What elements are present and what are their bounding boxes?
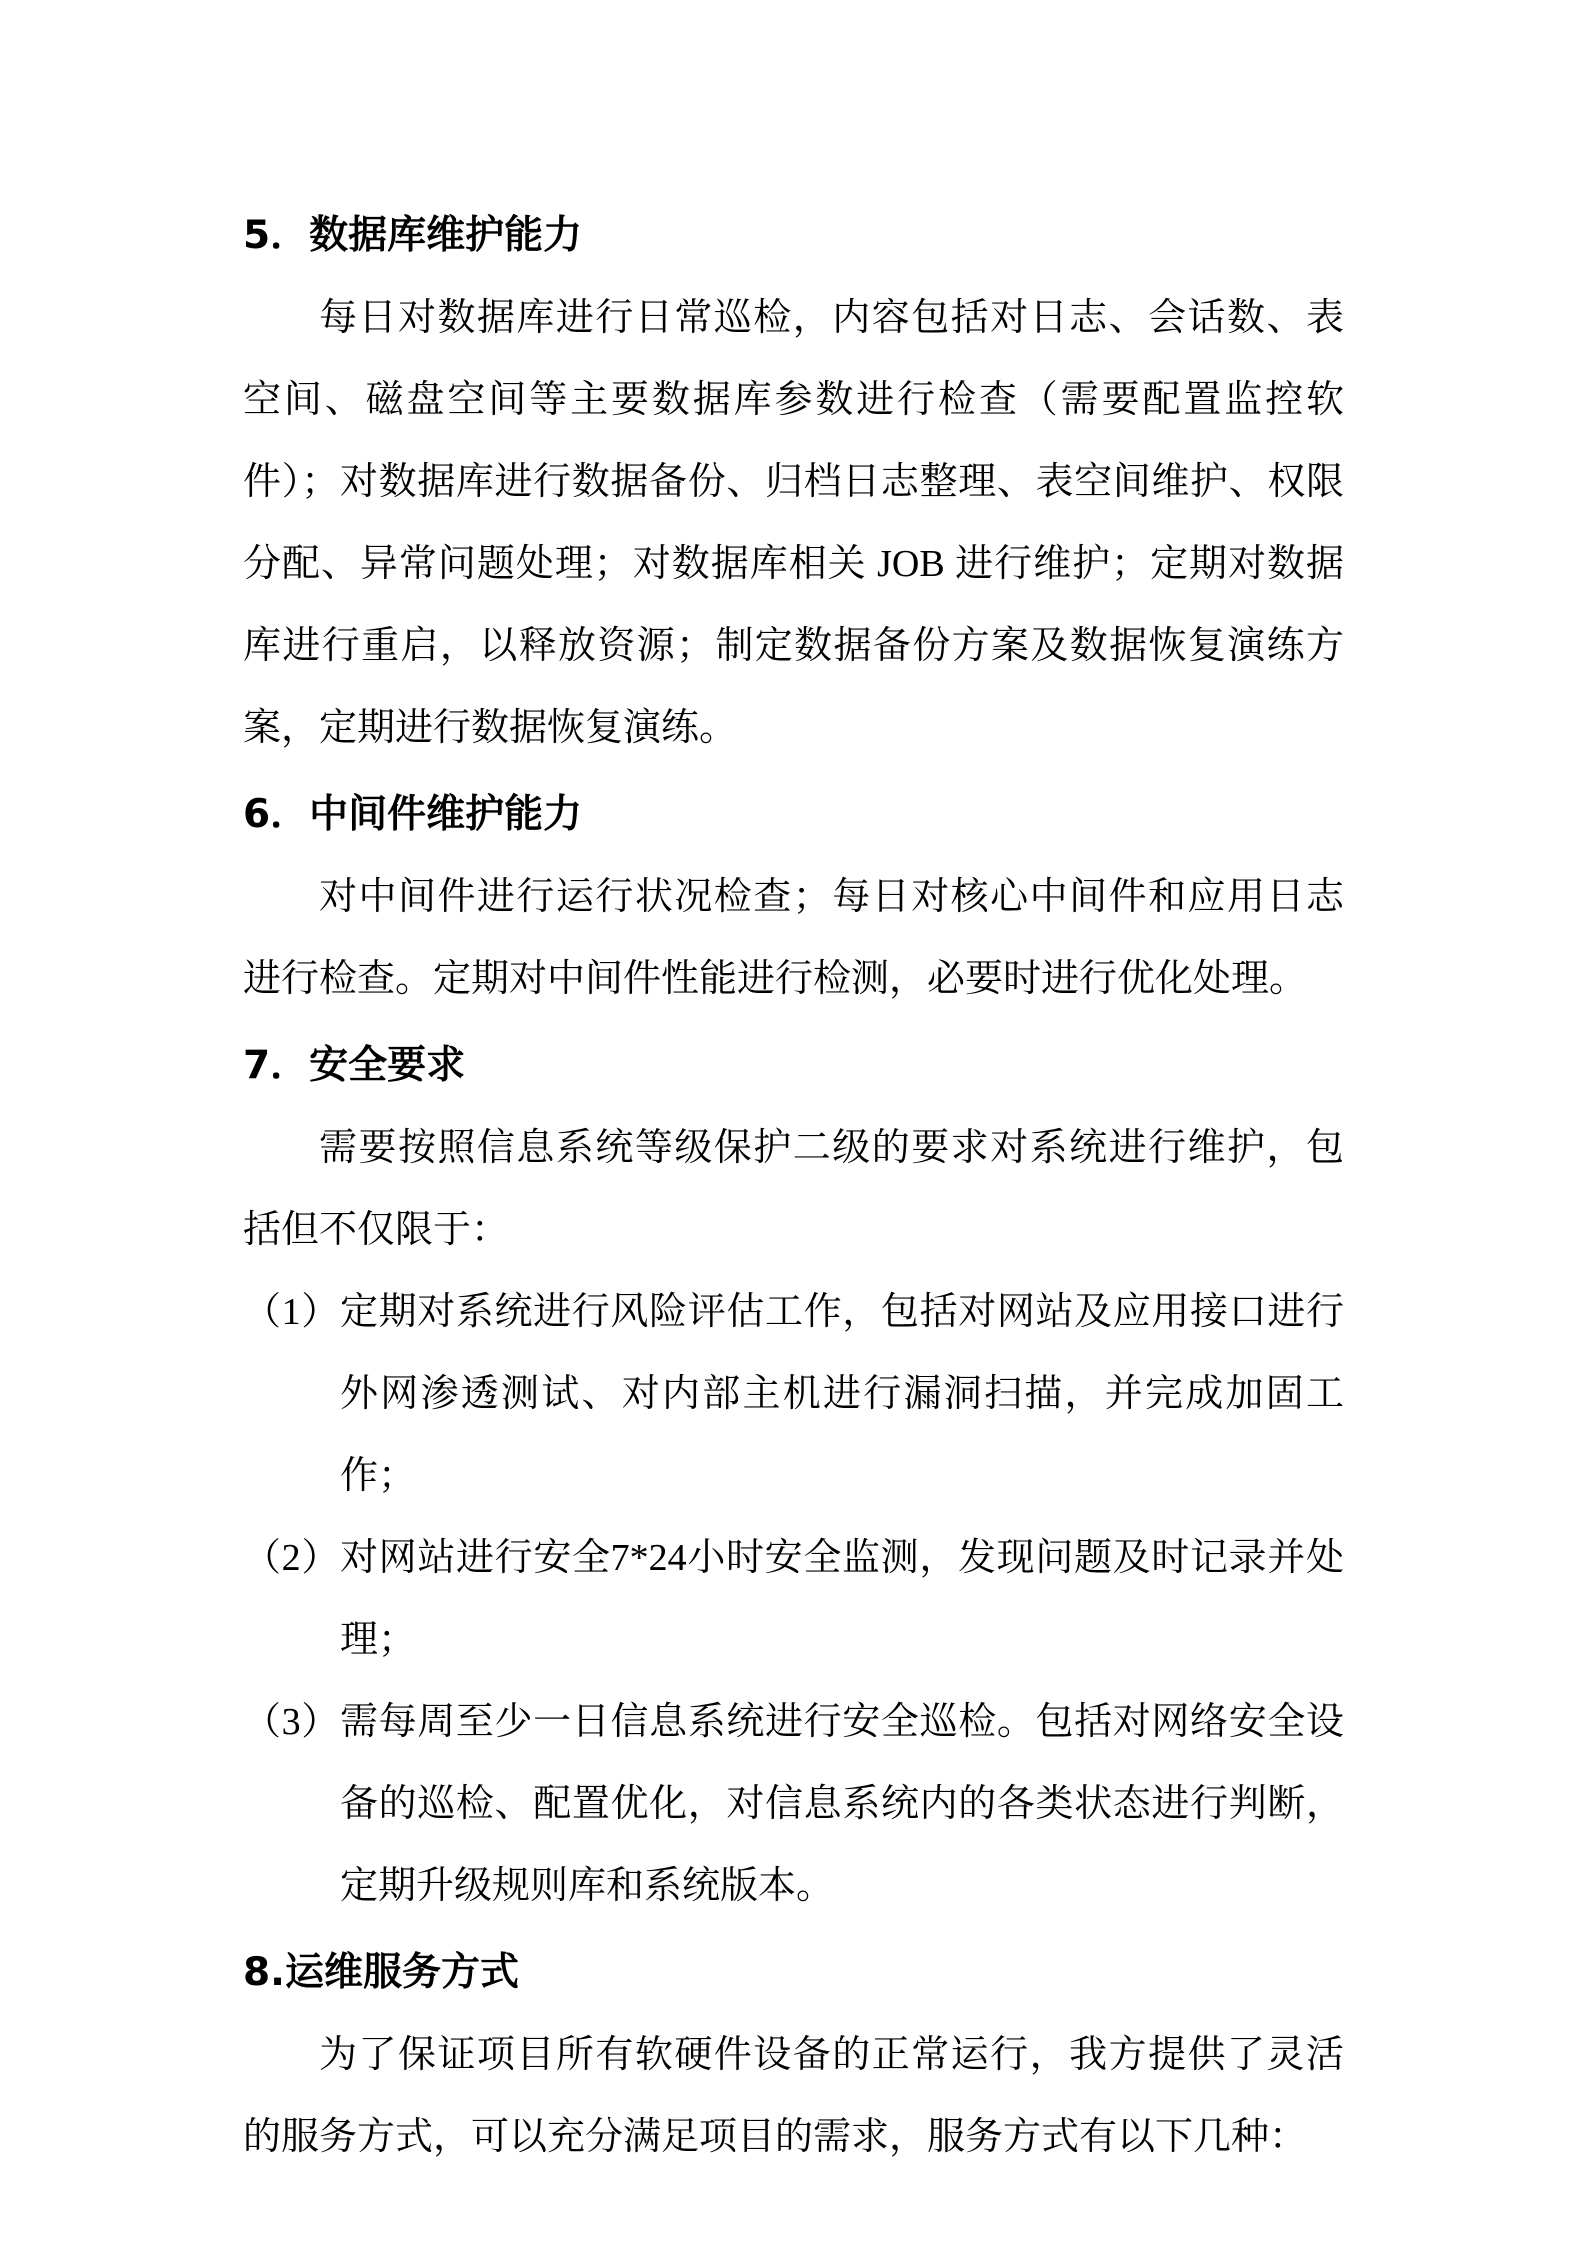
list-item-text: 对网站进行安全7*24小时安全监测，发现问题及时记录并处理； — [340, 1537, 1344, 1661]
list-item-marker: （3） — [243, 1701, 340, 1743]
section-middleware-maintenance: 6．中间件维护能力 对中间件进行运行状况检查；每日对核心中间件和应用日志进行检查… — [243, 774, 1344, 1020]
section-heading: 6．中间件维护能力 — [243, 774, 1344, 856]
paragraph: 需要按照信息系统等级保护二级的要求对系统进行维护，包括但不仅限于： — [243, 1107, 1344, 1271]
list-item: （1）定期对系统进行风险评估工作，包括对网站及应用接口进行外网渗透测试、对内部主… — [243, 1271, 1344, 1517]
paragraph: 对中间件进行运行状况检查；每日对核心中间件和应用日志进行检查。定期对中间件性能进… — [243, 856, 1344, 1020]
section-heading: 7．安全要求 — [243, 1025, 1344, 1107]
list-item: （3）需每周至少一日信息系统进行安全巡检。包括对网络安全设备的巡检、配置优化，对… — [243, 1681, 1344, 1927]
list-item-text: 需每周至少一日信息系统进行安全巡检。包括对网络安全设备的巡检、配置优化，对信息系… — [340, 1701, 1344, 1907]
section-heading: 5．数据库维护能力 — [243, 195, 1344, 277]
list-item: （2）对网站进行安全7*24小时安全监测，发现问题及时记录并处理； — [243, 1517, 1344, 1681]
paragraph: 为了保证项目所有软硬件设备的正常运行，我方提供了灵活的服务方式，可以充分满足项目… — [243, 2014, 1344, 2178]
section-database-maintenance: 5．数据库维护能力 每日对数据库进行日常巡检，内容包括对日志、会话数、表空间、磁… — [243, 195, 1344, 769]
list-item-marker: （2） — [243, 1537, 340, 1579]
section-security-requirements: 7．安全要求 需要按照信息系统等级保护二级的要求对系统进行维护，包括但不仅限于：… — [243, 1025, 1344, 1927]
section-heading: 8.运维服务方式 — [243, 1932, 1344, 2014]
list-item-text: 定期对系统进行风险评估工作，包括对网站及应用接口进行外网渗透测试、对内部主机进行… — [340, 1291, 1344, 1497]
list-item-marker: （1） — [243, 1291, 340, 1333]
section-operation-service-mode: 8.运维服务方式 为了保证项目所有软硬件设备的正常运行，我方提供了灵活的服务方式… — [243, 1932, 1344, 2178]
document-page: 5．数据库维护能力 每日对数据库进行日常巡检，内容包括对日志、会话数、表空间、磁… — [0, 0, 1587, 2245]
paragraph: 每日对数据库进行日常巡检，内容包括对日志、会话数、表空间、磁盘空间等主要数据库参… — [243, 277, 1344, 769]
